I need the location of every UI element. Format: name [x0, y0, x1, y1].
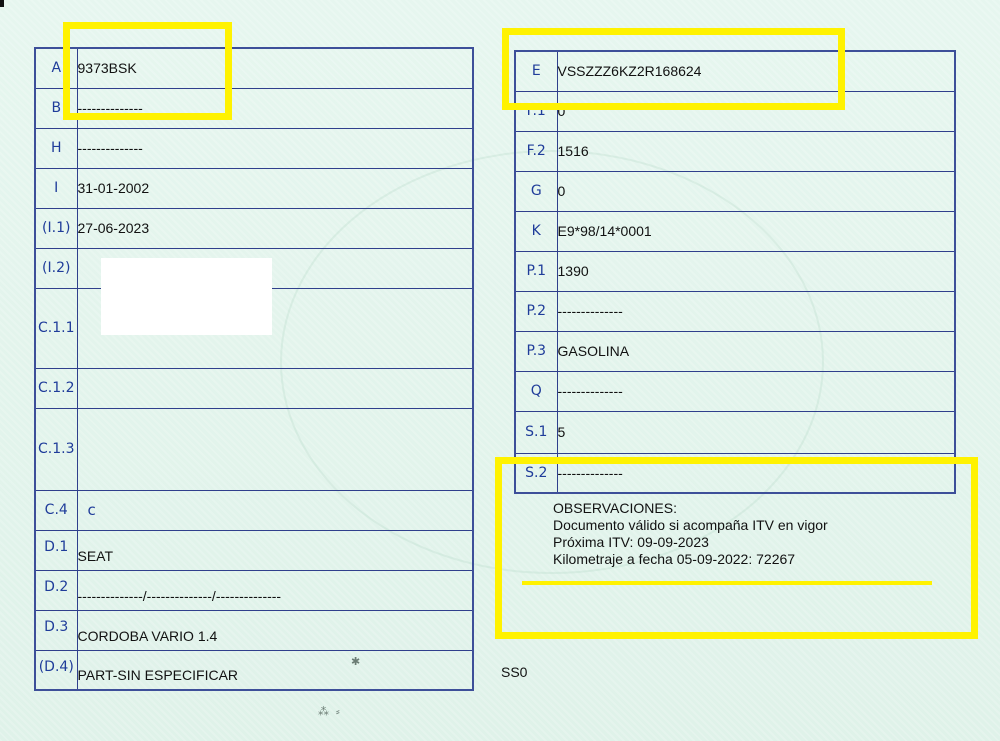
field-code: C.1.2 [35, 368, 77, 408]
row-h: H -------------- [35, 128, 473, 168]
field-code: G [515, 171, 557, 211]
row-i: I 31-01-2002 [35, 168, 473, 208]
seats: 5 [557, 411, 955, 453]
field-code: H [35, 128, 77, 168]
row-f2: F.2 1516 [515, 131, 955, 171]
ink-speck: ⁂ ⸗ [318, 705, 342, 718]
row-q: Q -------------- [515, 371, 955, 411]
type-approval-number: E9*98/14*0001 [557, 211, 955, 251]
fuel-type: GASOLINA [557, 331, 955, 371]
field-code: C.1.3 [35, 408, 77, 490]
engine-capacity: 1390 [557, 251, 955, 291]
field-code: Q [515, 371, 557, 411]
field-code: D.2 [35, 570, 77, 610]
row-c13: C.1.3 [35, 408, 473, 490]
field-value [77, 408, 473, 490]
field-value: --------------/--------------/----------… [77, 570, 473, 610]
issue-date: 27-06-2023 [77, 208, 473, 248]
row-p1: P.1 1390 [515, 251, 955, 291]
field-code: F.2 [515, 131, 557, 171]
scan-corner-mark [0, 0, 4, 7]
row-c4: C.4 c [35, 490, 473, 530]
field-code: (I.2) [35, 248, 77, 288]
redacted-owner-block [101, 258, 272, 335]
field-value: -------------- [77, 128, 473, 168]
highlight-box-plate [63, 22, 232, 120]
row-k: K E9*98/14*0001 [515, 211, 955, 251]
row-p3: P.3 GASOLINA [515, 331, 955, 371]
field-code: P.1 [515, 251, 557, 291]
field-code: D.3 [35, 610, 77, 650]
left-fields-table: A 9373BSK B -------------- H -----------… [34, 47, 474, 691]
field-code: K [515, 211, 557, 251]
vehicle-model: CORDOBA VARIO 1.4 [77, 610, 473, 650]
field-value: -------------- [557, 291, 955, 331]
vehicle-category: PART-SIN ESPECIFICAR [77, 650, 473, 690]
row-d2: D.2 --------------/--------------/------… [35, 570, 473, 610]
row-c12: C.1.2 [35, 368, 473, 408]
field-code: (D.4) [35, 650, 77, 690]
max-mass: 1516 [557, 131, 955, 171]
field-value [77, 368, 473, 408]
first-registration-date: 31-01-2002 [77, 168, 473, 208]
row-d1: D.1 SEAT [35, 530, 473, 570]
highlight-underline [522, 581, 932, 585]
highlight-box-vin [502, 28, 845, 110]
row-p2: P.2 -------------- [515, 291, 955, 331]
field-code: P.3 [515, 331, 557, 371]
row-d4: (D.4) PART-SIN ESPECIFICAR [35, 650, 473, 690]
right-fields-table: E VSSZZZ6KZ2R168624 F.1 0 F.2 1516 G 0 K… [514, 50, 956, 494]
field-value: c [77, 490, 473, 530]
field-code: C.4 [35, 490, 77, 530]
footer-code: SS0 [501, 664, 527, 680]
field-code: I [35, 168, 77, 208]
row-d3: D.3 CORDOBA VARIO 1.4 [35, 610, 473, 650]
field-code: P.2 [515, 291, 557, 331]
field-value: 0 [557, 171, 955, 211]
field-code: D.1 [35, 530, 77, 570]
row-s1: S.1 5 [515, 411, 955, 453]
field-code: (I.1) [35, 208, 77, 248]
row-g: G 0 [515, 171, 955, 211]
row-i1: (I.1) 27-06-2023 [35, 208, 473, 248]
field-value: -------------- [557, 371, 955, 411]
ink-speck: ✱ [351, 655, 360, 668]
field-code: C.1.1 [35, 288, 77, 368]
vehicle-make: SEAT [77, 530, 473, 570]
field-code: S.1 [515, 411, 557, 453]
highlight-box-observations [495, 457, 978, 639]
